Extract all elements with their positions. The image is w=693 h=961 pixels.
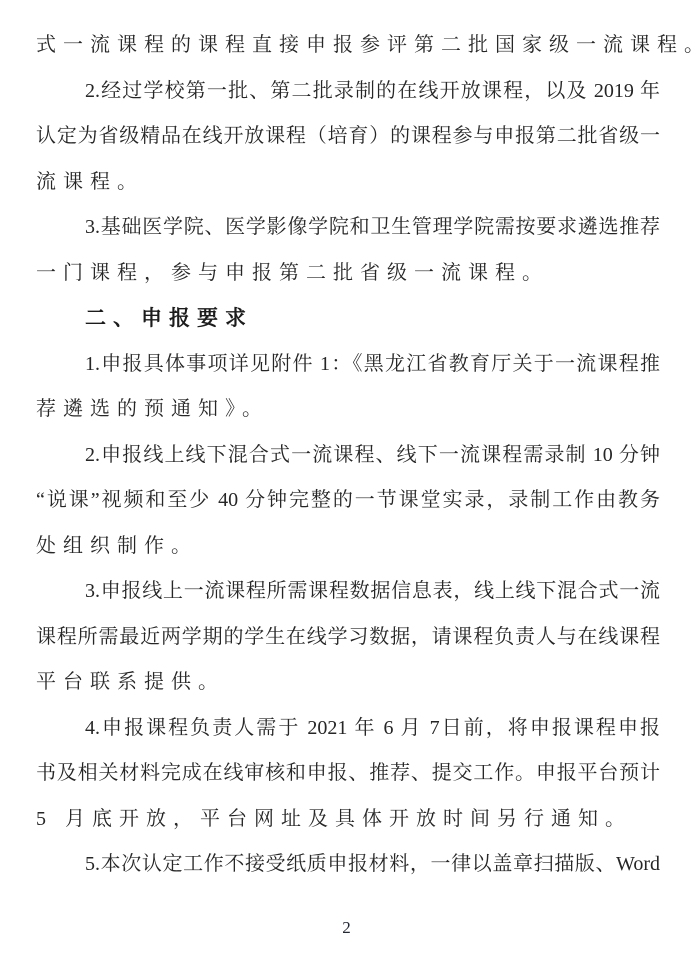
section-heading: 二、申报要求 — [36, 296, 660, 342]
text-line: 平台联系提供。 — [36, 660, 660, 706]
text-line: 荐遴选的预通知》。 — [36, 387, 660, 433]
text-line: 流课程。 — [36, 160, 660, 206]
page-number: 2 — [0, 918, 693, 938]
text-line: 处组织制作。 — [36, 524, 660, 570]
text-line: “说课”视频和至少 40 分钟完整的一节课堂实录，录制工作由教务 — [36, 478, 660, 524]
text-line: 一门课程，参与申报第二批省级一流课程。 — [36, 251, 660, 297]
text-line: 3.基础医学院、医学影像学院和卫生管理学院需按要求遴选推荐 — [36, 205, 660, 251]
text-line: 4.申报课程负责人需于 2021 年 6 月 7日前，将申报课程申报 — [36, 706, 660, 752]
text-line: 2.经过学校第一批、第二批录制的在线开放课程，以及 2019 年 — [36, 69, 660, 115]
text-line: 2.申报线上线下混合式一流课程、线下一流课程需录制 10 分钟 — [36, 433, 660, 479]
text-line: 认定为省级精品在线开放课程（培育）的课程参与申报第二批省级一 — [36, 114, 660, 160]
text-line: 课程所需最近两学期的学生在线学习数据，请课程负责人与在线课程 — [36, 615, 660, 661]
text-line: 5 月底开放，平台网址及具体开放时间另行通知。 — [36, 797, 660, 843]
text-line: 5.本次认定工作不接受纸质申报材料，一律以盖章扫描版、Word — [36, 842, 660, 888]
document-page-body: 式一流课程的课程直接申报参评第二批国家级一流课程。 2.经过学校第一批、第二批录… — [36, 23, 660, 888]
text-line: 式一流课程的课程直接申报参评第二批国家级一流课程。 — [36, 23, 660, 69]
text-line: 3.申报线上一流课程所需课程数据信息表，线上线下混合式一流 — [36, 569, 660, 615]
text-line: 书及相关材料完成在线审核和申报、推荐、提交工作。申报平台预计 — [36, 751, 660, 797]
text-line: 1.申报具体事项详见附件 1：《黑龙江省教育厅关于一流课程推 — [36, 342, 660, 388]
